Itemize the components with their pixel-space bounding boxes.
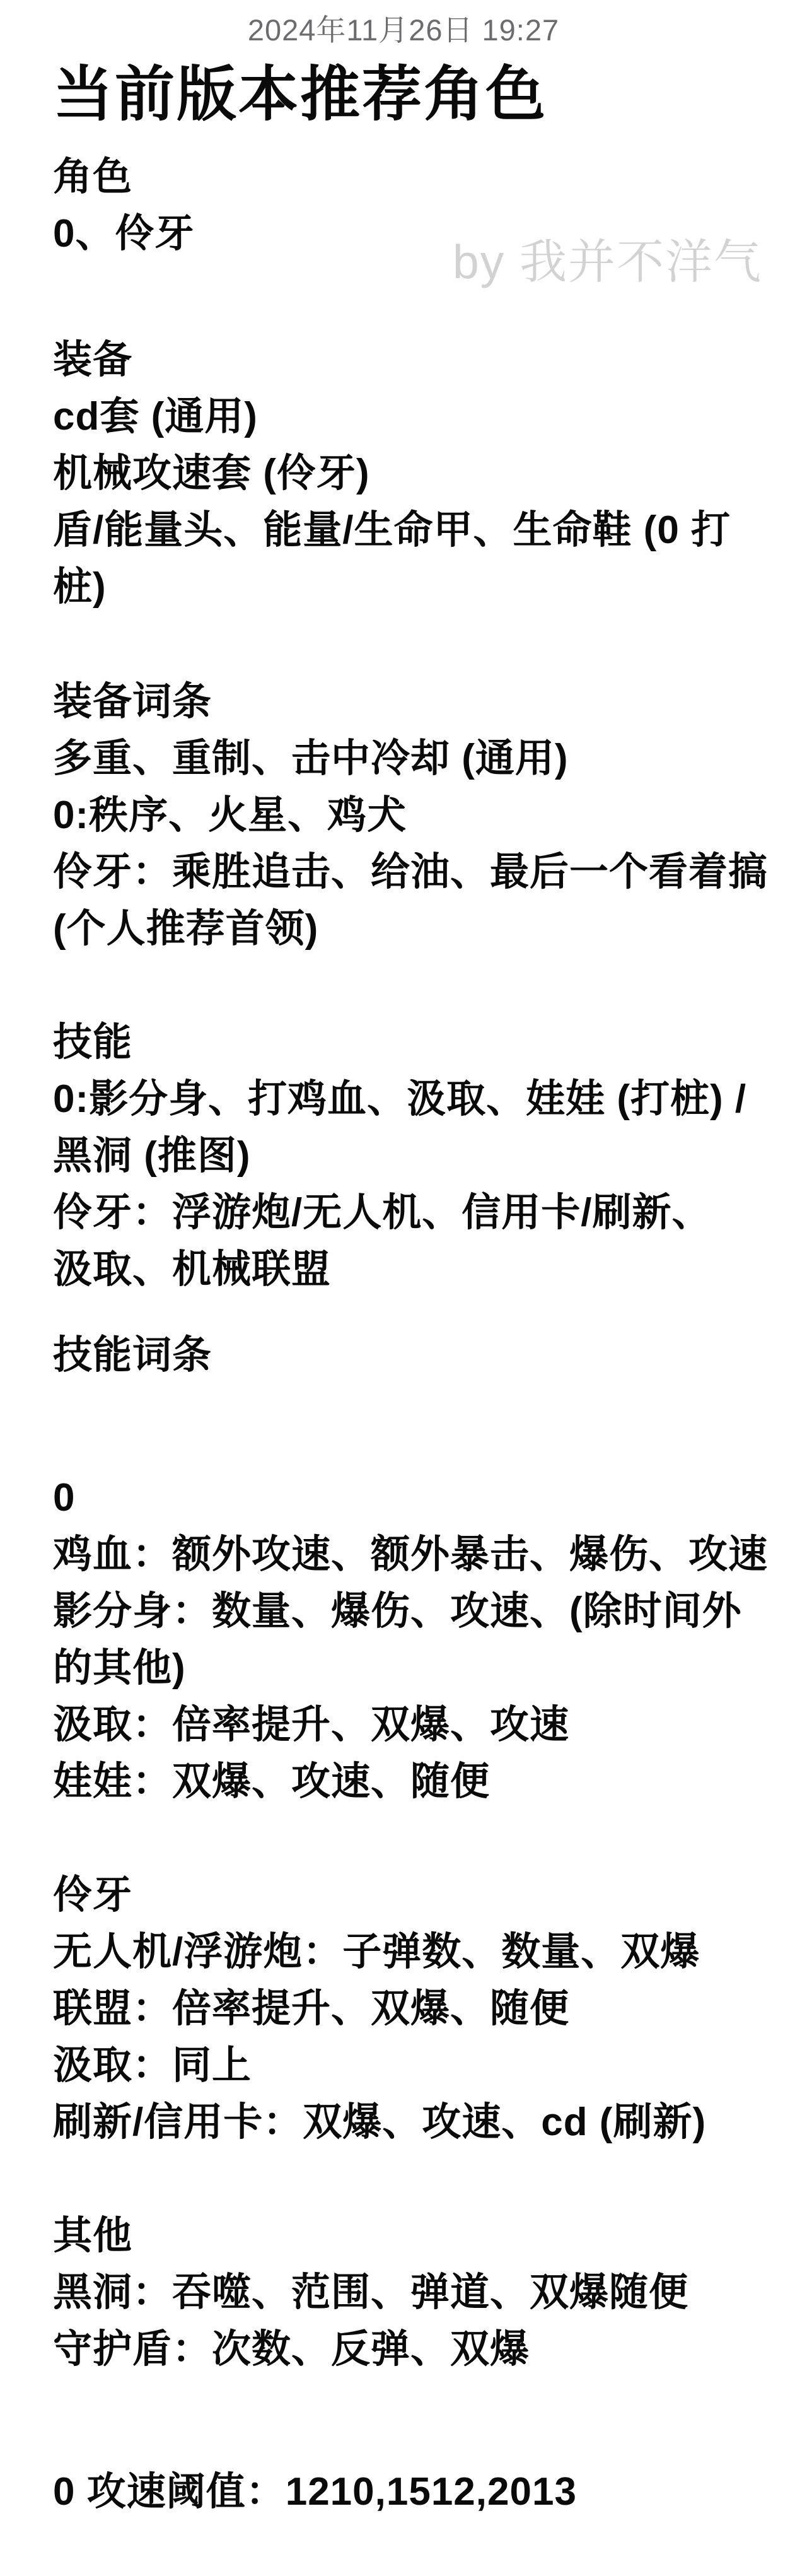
text-line: 伶牙：乘胜追击、给油、最后一个看着搞 xyxy=(53,844,768,901)
text-line: 娃娃：双爆、攻速、随便 xyxy=(53,1753,768,1810)
text-line: 守护盾：次数、反弹、双爆 xyxy=(53,2321,688,2378)
text-line: 刷新/信用卡：双爆、攻速、cd (刷新) xyxy=(53,2094,706,2151)
note-block-zero-skill-affixes: 0鸡血：额外攻速、额外暴击、爆伤、攻速影分身：数量、爆伤、攻速、(除时间外的其他… xyxy=(53,1470,768,1810)
text-line: 0:秩序、火星、鸡犬 xyxy=(53,787,768,844)
text-line: 盾/能量头、能量/生命甲、生命鞋 (0 打 xyxy=(53,502,731,559)
text-line: 角色 xyxy=(53,149,194,206)
text-line: 汲取：倍率提升、双爆、攻速 xyxy=(53,1697,768,1753)
note-block-equipment: 装备cd套 (通用)机械攻速套 (伶牙)盾/能量头、能量/生命甲、生命鞋 (0 … xyxy=(53,332,731,616)
author-watermark: by 我并不洋气 xyxy=(453,235,762,289)
text-line: 0、伶牙 xyxy=(53,206,194,262)
text-line: 汲取、机械联盟 xyxy=(53,1241,746,1298)
note-block-skill-affixes-header: 技能词条 xyxy=(53,1327,212,1384)
text-line: 伶牙 xyxy=(53,1867,706,1924)
note-timestamp: 2024年11月26日 19:27 xyxy=(0,11,807,49)
note-block-characters: 角色0、伶牙 xyxy=(53,149,194,262)
text-line: 多重、重制、击中冷却 (通用) xyxy=(53,730,768,787)
note-block-attack-speed-threshold: 0 攻速阈值：1210,1512,2013 xyxy=(53,2464,577,2520)
text-line: 装备 xyxy=(53,332,731,389)
note-block-lingya-skill-affixes: 伶牙无人机/浮游炮：子弹数、数量、双爆联盟：倍率提升、双爆、随便汲取：同上刷新/… xyxy=(53,1867,706,2151)
text-line: 0:影分身、打鸡血、汲取、娃娃 (打桩) / xyxy=(53,1071,746,1128)
note-block-skills: 技能0:影分身、打鸡血、汲取、娃娃 (打桩) /黑洞 (推图)伶牙：浮游炮/无人… xyxy=(53,1014,746,1298)
page-title: 当前版本推荐角色 xyxy=(53,56,547,134)
text-line: 联盟：倍率提升、双爆、随便 xyxy=(53,1981,706,2037)
text-line: 影分身：数量、爆伤、攻速、(除时间外 xyxy=(53,1583,768,1640)
text-line: 伶牙：浮游炮/无人机、信用卡/刷新、 xyxy=(53,1185,746,1241)
text-line: 无人机/浮游炮：子弹数、数量、双爆 xyxy=(53,1924,706,1981)
text-line: 0 攻速阈值：1210,1512,2013 xyxy=(53,2464,577,2520)
text-line: 技能 xyxy=(53,1014,746,1071)
note-block-others: 其他黑洞：吞噬、范围、弹道、双爆随便守护盾：次数、反弹、双爆 xyxy=(53,2208,688,2378)
note-block-equipment-affixes: 装备词条多重、重制、击中冷却 (通用)0:秩序、火星、鸡犬伶牙：乘胜追击、给油、… xyxy=(53,674,768,957)
text-line: 的其他) xyxy=(53,1640,768,1697)
text-line: 0 xyxy=(53,1470,768,1526)
note-page: 2024年11月26日 19:27 当前版本推荐角色 by 我并不洋气 角色0、… xyxy=(0,0,807,2576)
text-line: 技能词条 xyxy=(53,1327,212,1384)
text-line: (个人推荐首领) xyxy=(53,901,768,957)
text-line: 鸡血：额外攻速、额外暴击、爆伤、攻速 xyxy=(53,1526,768,1583)
text-line: 汲取：同上 xyxy=(53,2037,706,2094)
text-line: cd套 (通用) xyxy=(53,389,731,445)
text-line: 其他 xyxy=(53,2208,688,2264)
text-line: 桩) xyxy=(53,559,731,616)
text-line: 黑洞 (推图) xyxy=(53,1128,746,1185)
text-line: 装备词条 xyxy=(53,674,768,730)
text-line: 机械攻速套 (伶牙) xyxy=(53,445,731,502)
text-line: 黑洞：吞噬、范围、弹道、双爆随便 xyxy=(53,2264,688,2321)
